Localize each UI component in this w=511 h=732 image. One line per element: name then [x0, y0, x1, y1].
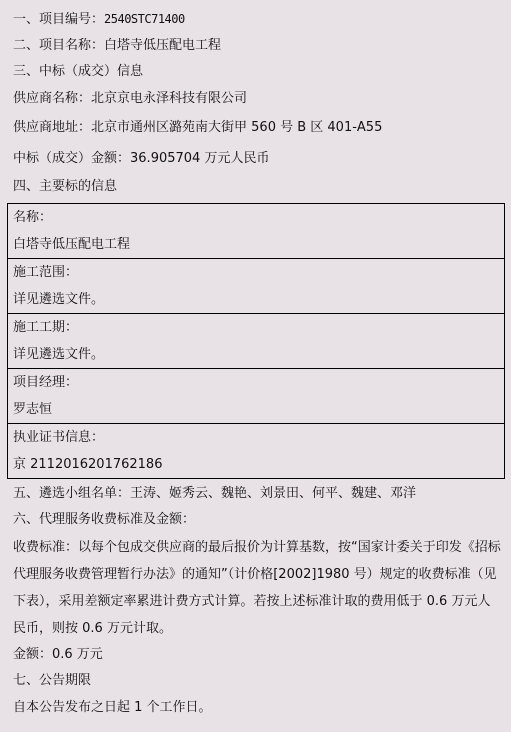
project-number-label: 一、项目编号：: [13, 12, 104, 27]
row-value: 详见遴选文件。: [13, 286, 504, 313]
table-cell: 名称： 白塔寺低压配电工程: [8, 203, 505, 258]
committee-list: 五、遴选小组名单：王涛、姬秀云、魏艳、刘景田、何平、魏建、邓洋: [0, 481, 511, 508]
supplier-name: 供应商名称：北京京电永泽科技有限公司: [0, 86, 511, 113]
table-cell: 项目经理： 罗志恒: [8, 368, 505, 423]
fee-standard: 收费标准：以每个包成交供应商的最后报价为计算基数，按“国家计委关于印发《招标代理…: [0, 534, 511, 642]
project-name-value: 白塔寺低压配电工程: [104, 38, 221, 53]
row-label: 施工范围：: [13, 259, 504, 286]
row-label: 名称：: [13, 204, 504, 231]
table-cell: 执业证书信息： 京 2112016201762186: [8, 423, 505, 478]
table-row: 施工工期： 详见遴选文件。: [8, 313, 505, 368]
row-label: 执业证书信息：: [13, 424, 504, 451]
row-value: 白塔寺低压配电工程: [13, 231, 504, 258]
row-label: 项目经理：: [13, 369, 504, 396]
table-row: 名称： 白塔寺低压配电工程: [8, 203, 505, 258]
project-number: 一、项目编号：2540STC71400: [0, 6, 511, 33]
row-label: 施工工期：: [13, 314, 504, 341]
fee-amount: 金额：0.6 万元: [0, 642, 511, 669]
announcement-document: 一、项目编号：2540STC71400 二、项目名称：白塔寺低压配电工程 三、中…: [0, 0, 511, 721]
table-row: 执业证书信息： 京 2112016201762186: [8, 423, 505, 478]
bid-info-heading: 三、中标（成交）信息: [0, 59, 511, 86]
bid-amount-value: 36.905704 万元人民币: [130, 151, 269, 166]
table-row: 项目经理： 罗志恒: [8, 368, 505, 423]
notice-period-heading: 七、公告期限: [0, 668, 511, 695]
bid-amount: 中标（成交）金额：36.905704 万元人民币: [0, 143, 511, 174]
project-name-label: 二、项目名称：: [13, 38, 104, 53]
supplier-address-value: 北京市通州区潞苑南大街甲 560 号 B 区 401-A55: [91, 120, 382, 135]
notice-period-value: 自本公告发布之日起 1 个工作日。: [0, 695, 511, 722]
supplier-address-label: 供应商地址：: [13, 120, 91, 135]
main-target-heading: 四、主要标的信息: [0, 174, 511, 201]
fee-heading: 六、代理服务收费标准及金额：: [0, 507, 511, 534]
supplier-address: 供应商地址：北京市通州区潞苑南大街甲 560 号 B 区 401-A55: [0, 112, 511, 143]
project-number-value: 2540STC71400: [104, 12, 185, 26]
supplier-name-value: 北京京电永泽科技有限公司: [91, 91, 247, 106]
project-name: 二、项目名称：白塔寺低压配电工程: [0, 33, 511, 60]
committee-label: 五、遴选小组名单：: [13, 486, 130, 501]
row-value: 罗志恒: [13, 396, 504, 423]
bid-amount-label: 中标（成交）金额：: [13, 151, 130, 166]
main-target-table: 名称： 白塔寺低压配电工程 施工范围： 详见遴选文件。 施工工期： 详见遴选文件…: [7, 203, 505, 479]
supplier-name-label: 供应商名称：: [13, 91, 91, 106]
committee-members: 王涛、姬秀云、魏艳、刘景田、何平、魏建、邓洋: [130, 486, 416, 501]
row-value: 京 2112016201762186: [13, 451, 504, 478]
table-row: 施工范围： 详见遴选文件。: [8, 258, 505, 313]
table-cell: 施工工期： 详见遴选文件。: [8, 313, 505, 368]
table-cell: 施工范围： 详见遴选文件。: [8, 258, 505, 313]
row-value: 详见遴选文件。: [13, 341, 504, 368]
